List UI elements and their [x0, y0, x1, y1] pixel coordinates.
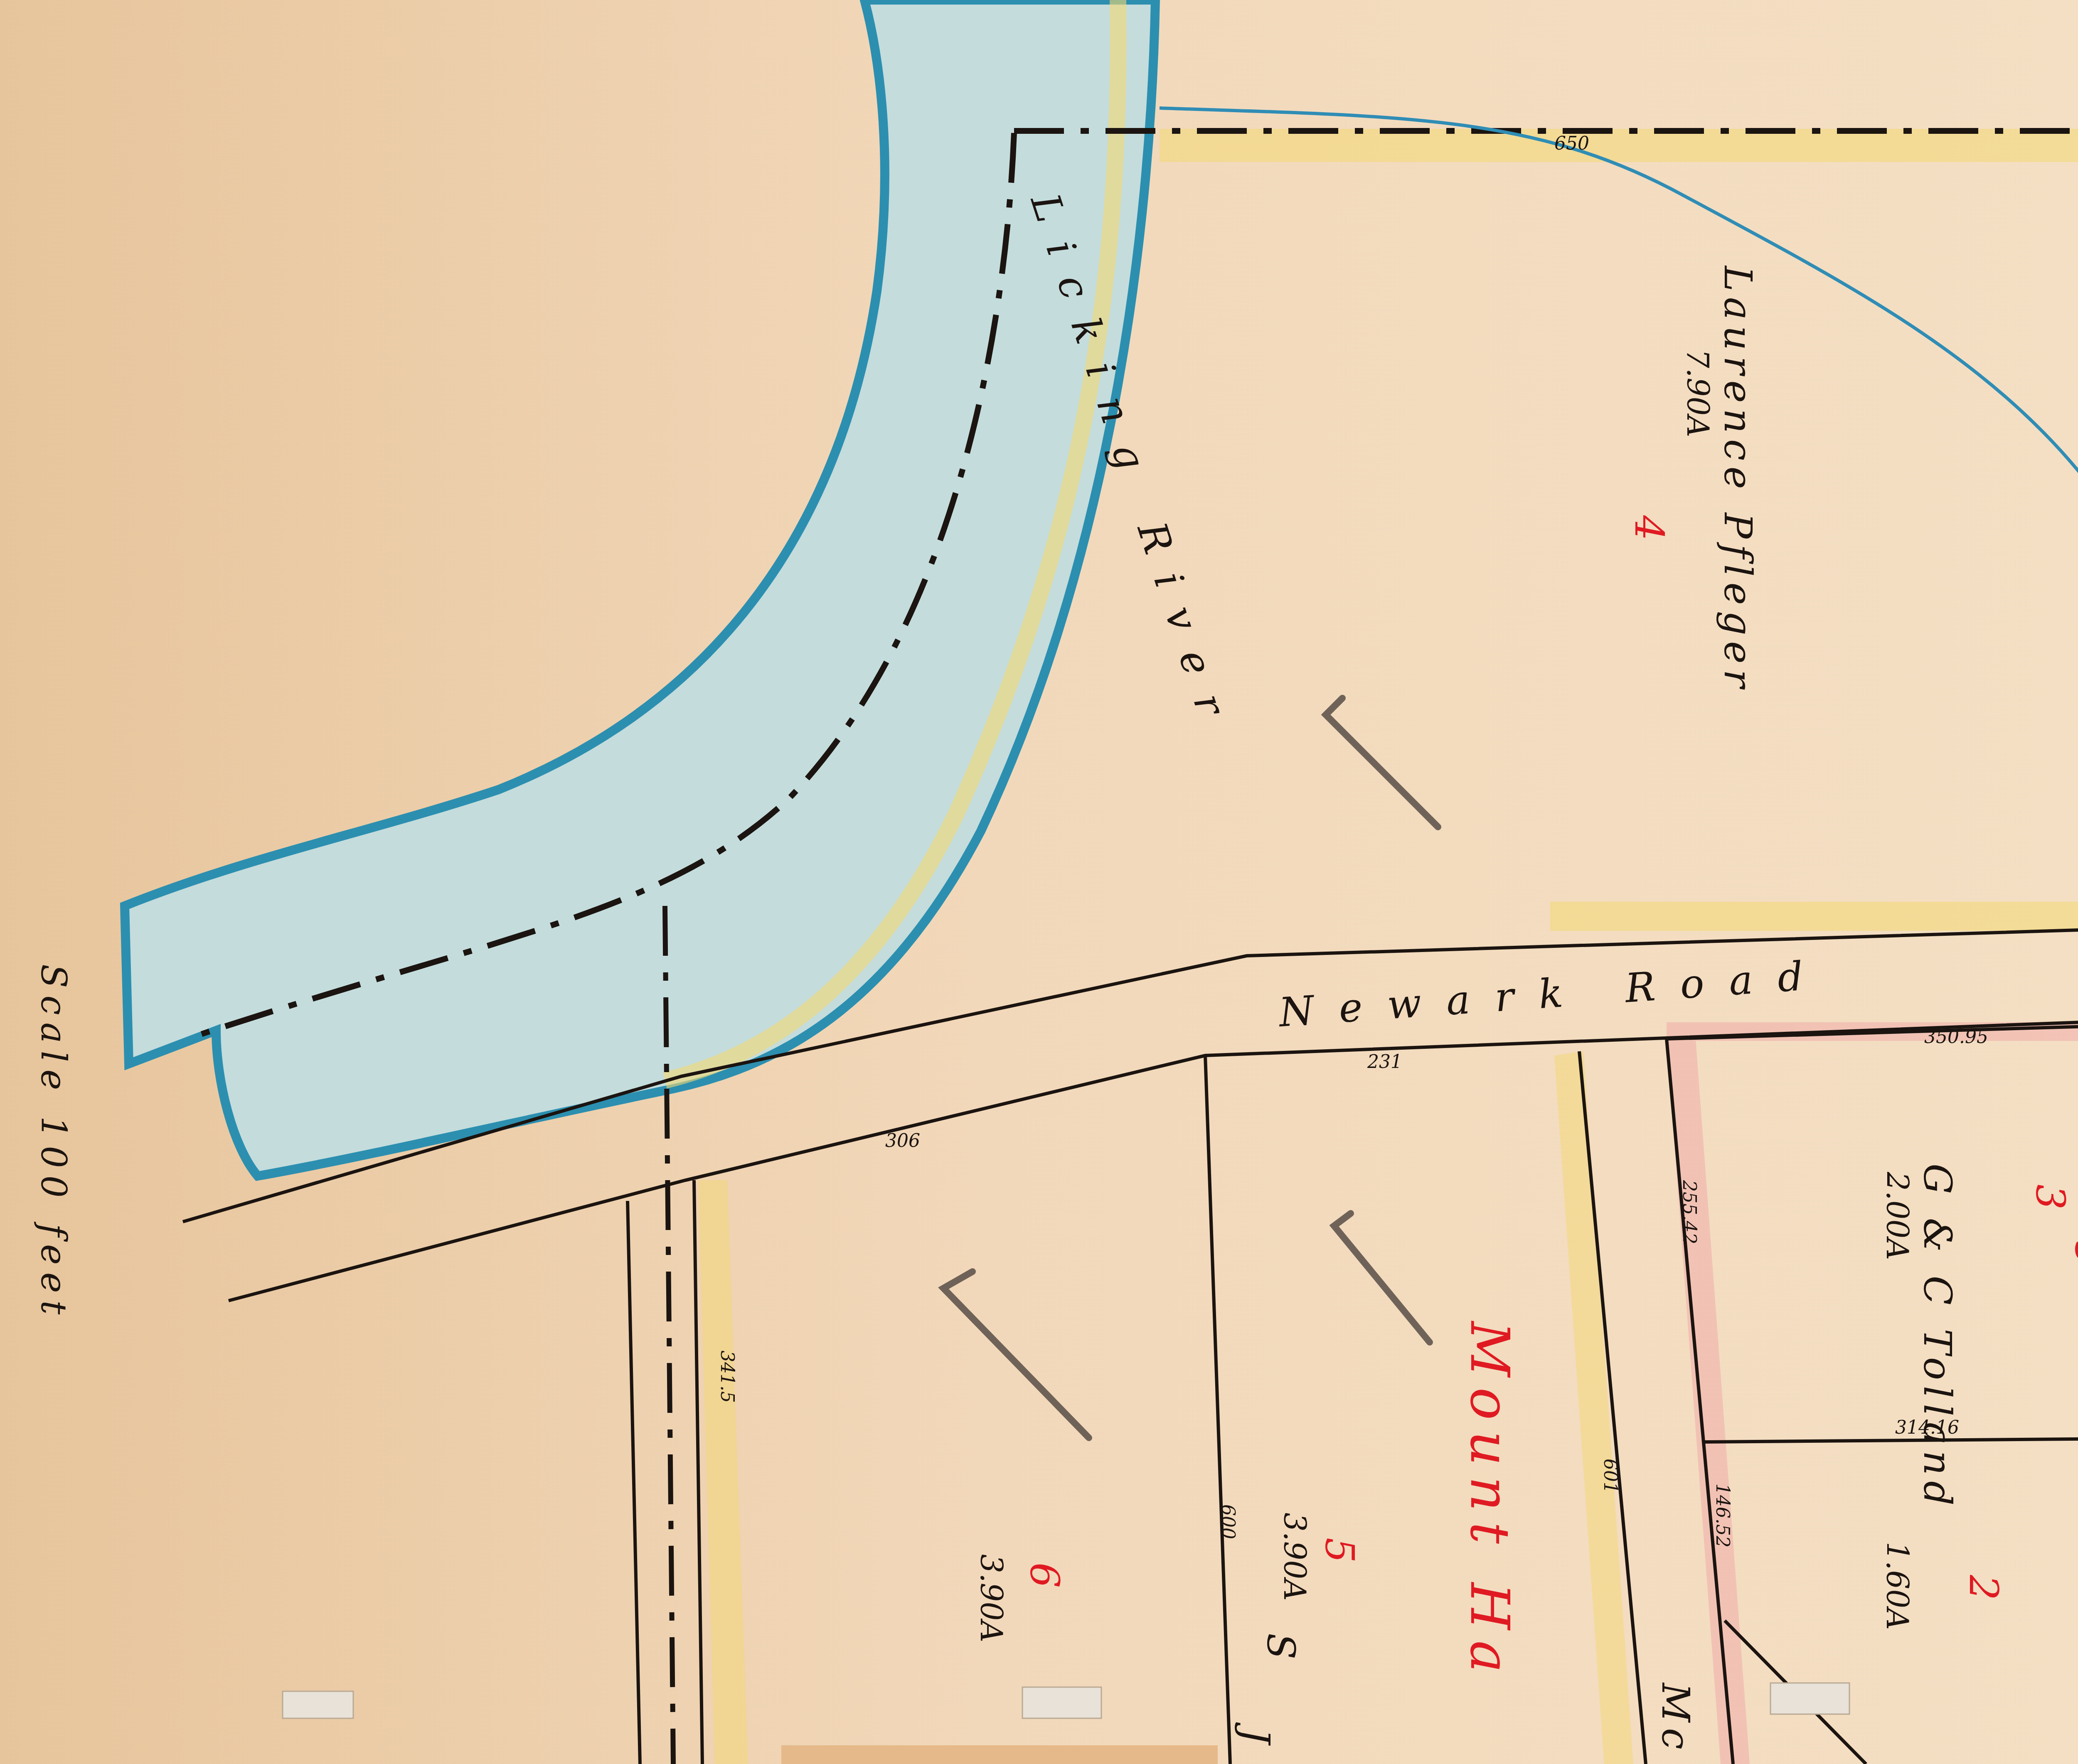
parcel-4-owner: Laurence Pfleger	[1716, 265, 1760, 694]
parcel-2-number: 2	[1960, 1575, 2007, 1600]
parcel-4-north-dim: 650	[1554, 133, 1589, 154]
parcel-3-west-dim: 255.42	[1679, 1180, 1700, 1244]
parcel-2-west-dim: 146.52	[1712, 1484, 1733, 1547]
parcel-3-owner: G & C Tolland	[1915, 1164, 1960, 1511]
parcel-2-area: 1.60A	[1880, 1542, 1915, 1630]
parcel-5-west-dim: 600	[1217, 1504, 1238, 1539]
parcel-3-north-dim: 350.95	[1924, 1026, 1988, 1048]
parcel-3-number: 3	[2027, 1184, 2073, 1210]
parcel-5-north-dim: 231	[1367, 1051, 1402, 1073]
parcel-3-area: 2.00A	[1880, 1171, 1915, 1260]
parcel-4-area: 7.90A	[1680, 349, 1715, 437]
scale-note: Scale 100 feet	[33, 964, 74, 1322]
parcel-4-number: 4	[1626, 515, 1672, 541]
mount-strip	[781, 1745, 1218, 1764]
parcel-5-number: 5	[1316, 1538, 1363, 1563]
street-label-mount: Mount Ha	[1458, 1321, 1522, 1683]
survey-map: Scale 100 feet Licking River Newark Road…	[0, 0, 2078, 1764]
parcel-6-number: 6	[1021, 1562, 1068, 1588]
parcel-6-west-dim: 341.5	[716, 1351, 738, 1403]
parcel-3-south-dim: 314.16	[1895, 1417, 1959, 1438]
parcel-5-east-dim: 601	[1600, 1459, 1621, 1493]
partial-letter-s: S	[1258, 1633, 1303, 1665]
jacksons-label: Jacksons	[2073, 1242, 2078, 1577]
parcel-6-north-dim: 306	[885, 1130, 920, 1151]
parcel-5-area: 3.90A	[1277, 1513, 1312, 1601]
street-label-mc: Mc	[1653, 1682, 1698, 1755]
parcel-6-area: 3.90A	[974, 1554, 1009, 1642]
